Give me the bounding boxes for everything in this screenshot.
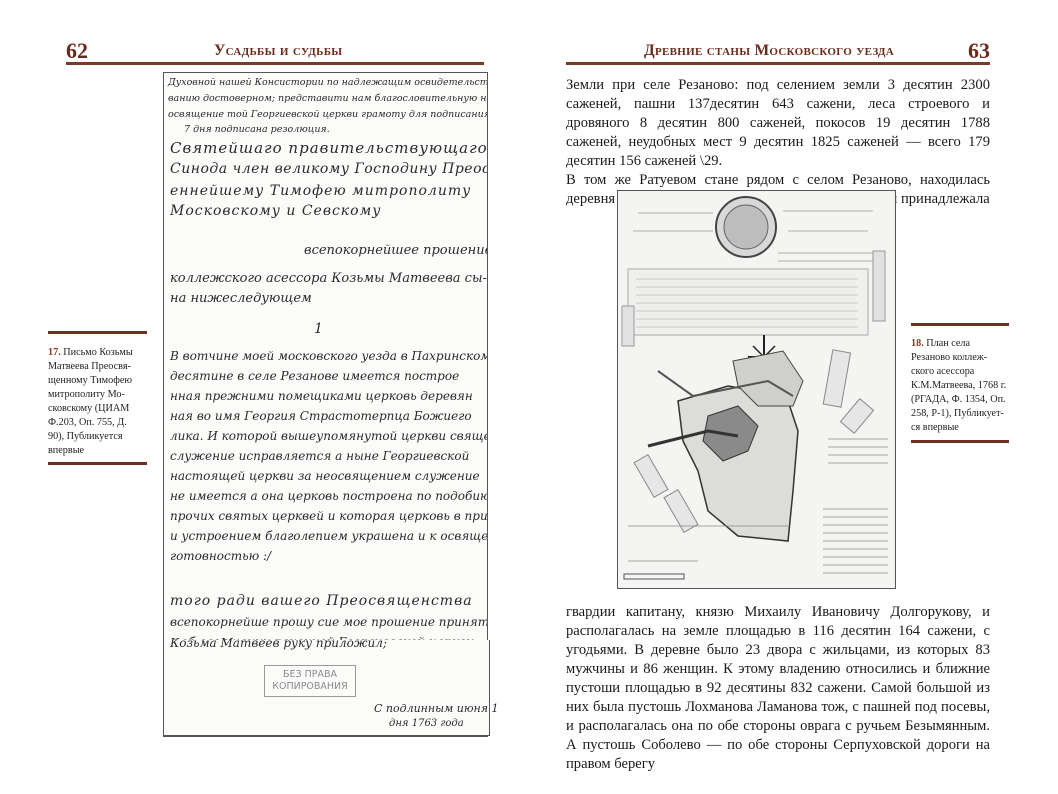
estate-plan-drawing	[618, 191, 895, 588]
caption-18-bottom-rule	[911, 440, 1009, 443]
no-copy-stamp: БЕЗ ПРАВА КОПИРОВАНИЯ	[264, 665, 356, 697]
right-header-rule	[566, 62, 990, 65]
left-running-title: Усадьбы и судьбы	[214, 42, 342, 60]
estate-plan-map-image	[617, 190, 896, 589]
caption-17-top-rule	[48, 331, 147, 334]
paragraph-dolgorukov: гвардии капитану, князю Михаилу Иванович…	[566, 603, 990, 774]
caption-18: 18. План села Резаново коллеж- ского асе…	[911, 337, 1023, 435]
body-text-bottom: гвардии капитану, князю Михаилу Иванович…	[566, 603, 990, 774]
left-header-rule	[66, 62, 484, 65]
caption-18-number: 18.	[911, 338, 924, 349]
caption-17-number: 17.	[48, 347, 61, 358]
paragraph-land-resanovo: Земли при селе Резаново: под селением зе…	[566, 76, 990, 171]
right-page-number: 63	[968, 38, 990, 64]
caption-17-bottom-rule	[48, 462, 147, 465]
left-page-number: 62	[66, 38, 88, 64]
caption-18-top-rule	[911, 323, 1009, 326]
manuscript-lower-section: Козьма Матвеев руку приложил; БЕЗ ПРАВА …	[163, 640, 490, 736]
caption-17: 17. Письмо Козьмы Матвеева Преосвя- щенн…	[48, 346, 152, 458]
right-running-title: Древние станы Московского уезда	[644, 42, 894, 60]
